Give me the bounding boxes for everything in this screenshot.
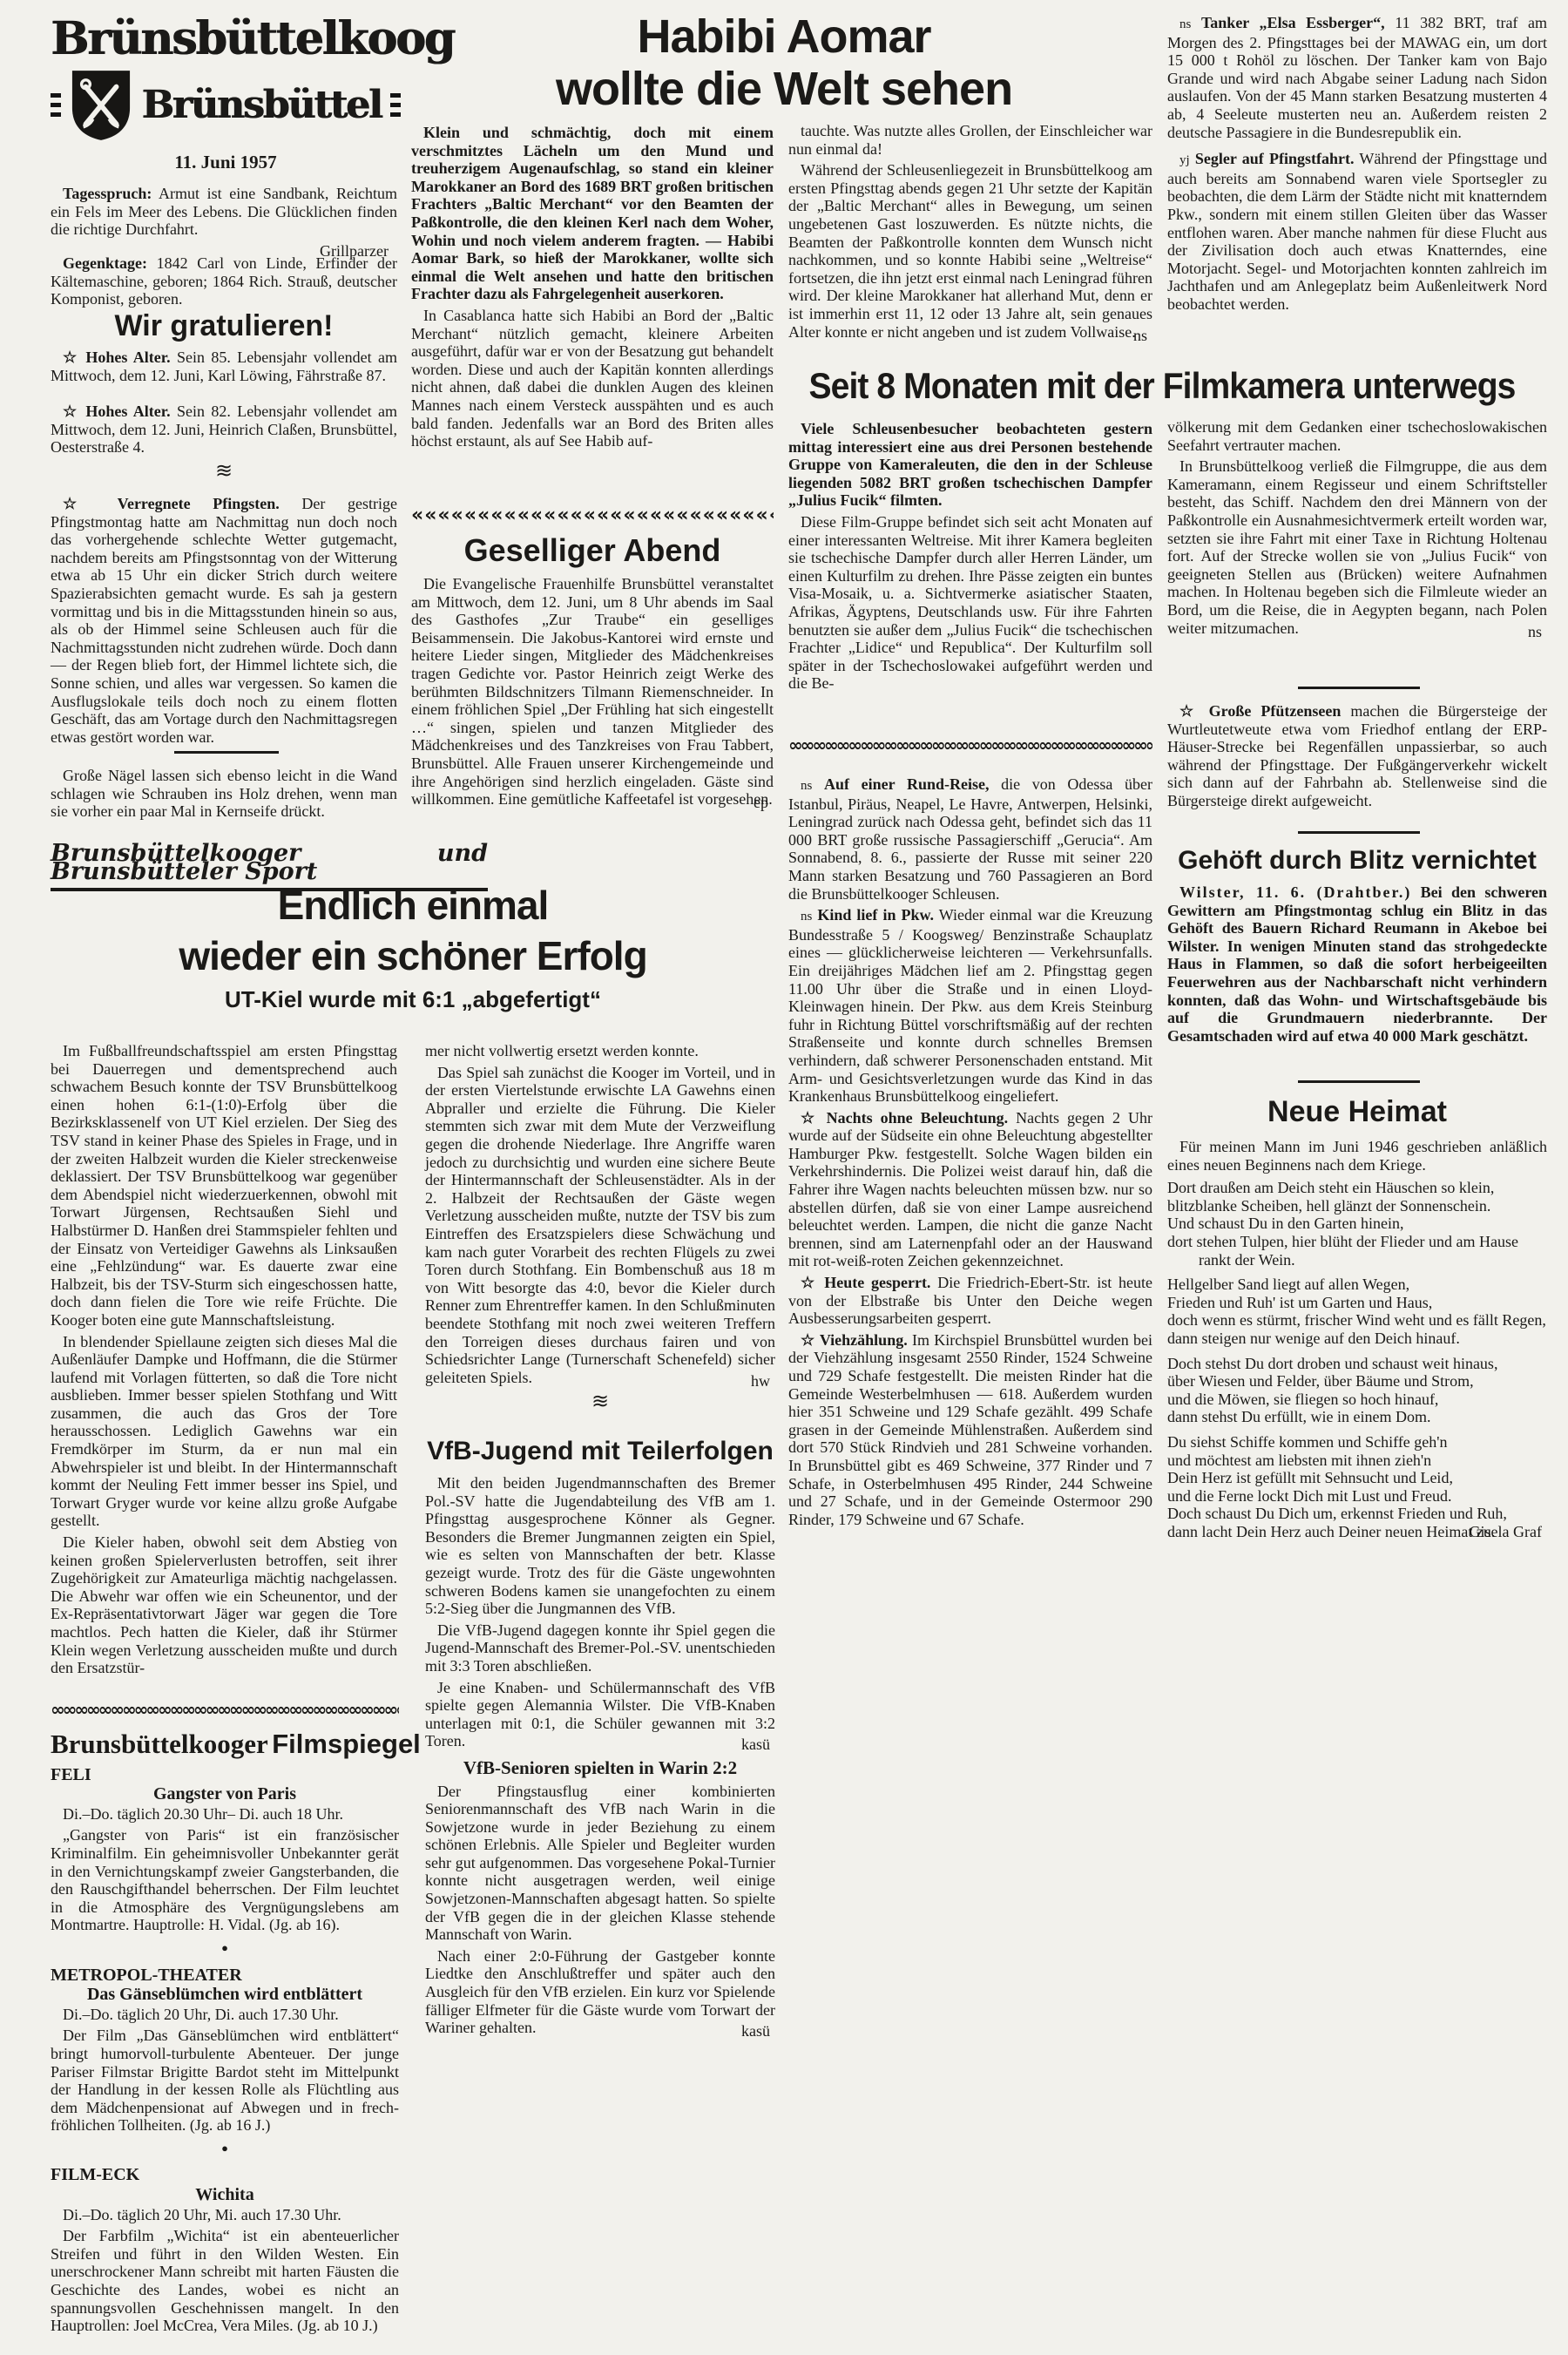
heimat-heading: Neue Heimat [1167, 1094, 1547, 1129]
hohes-alter-2: ☆ Hohes Alter. Sein 82. Lebensjahr volle… [51, 403, 397, 460]
gehoeft-body: Wilster, 11. 6. (Drahtber.) Bei den schw… [1167, 883, 1547, 1045]
filmspiegel: Brunsbüttelkooger Filmspiegel FELI Gangs… [51, 1736, 399, 2338]
tanker-item: ns Tanker „Elsa Essberger“, 11 382 BRT, … [1167, 14, 1547, 141]
divider-rule [1298, 831, 1420, 834]
vfb-subhead: VfB-Senioren spielten in Warin 2:2 [425, 1759, 775, 1777]
poem-line: und die Ferne lockt Dich mit Lust und Fr… [1167, 1487, 1547, 1506]
sport-para3: Die Kieler haben, obwohl seit dem Abstie… [51, 1533, 397, 1677]
kind-sigel: ns [801, 910, 812, 924]
filmspiegel-heading: Brunsbüttelkooger Filmspiegel [51, 1736, 399, 1757]
gehoeft-text: Bei den schweren Gewittern am Pfingstmon… [1167, 883, 1547, 1045]
rundreise-sigel: ns [801, 779, 812, 793]
triple-wave-ornament-icon [425, 1392, 775, 1411]
filmspiegel-heading-serif: Brunsbüttelkooger [51, 1729, 268, 1759]
pfuetzen-label: ☆ Große Pfützenseen [1179, 702, 1341, 720]
vfb-article: VfB-Jugend mit Teilerfolgen Mit den beid… [425, 1436, 775, 2040]
filmkamera-col3: Viele Schleusenbesucher beobachteten ges… [788, 420, 1152, 696]
sport-col2-para1: mer nicht vollwertig ersetzt werden konn… [425, 1042, 775, 1060]
nachts-label: ☆ Nachts ohne Beleuchtung. [801, 1109, 1008, 1127]
film-review: „Gangster von Paris“ ist ein französisch… [51, 1826, 399, 1934]
col4-top-news: ns Tanker „Elsa Essberger“, 11 382 BRT, … [1167, 14, 1547, 317]
film-review: Der Farbfilm „Wichita“ ist ein abenteuer… [51, 2227, 399, 2335]
masthead-title-line2: Brünsbüttel [141, 84, 381, 127]
sport-headline-line1: Endlich einmal [51, 883, 775, 927]
habibi-para4: Während der Schleusenliegezeit in Brunsb… [788, 161, 1152, 341]
leaf-chain-ornament-icon [411, 507, 774, 525]
habibi-col3: tauchte. Was nutzte alles Grollen, der E… [788, 122, 1152, 344]
poem-line: dann stehst Du erfüllt, wie in einem Dom… [1167, 1408, 1547, 1426]
filmkamera-para4: In Brunsbüttelkoog verließ die Filmgrupp… [1167, 457, 1547, 637]
gehoeft-heading: Gehöft durch Blitz vernichtet [1167, 845, 1547, 876]
issue-date: 11. Juni 1957 [51, 153, 401, 172]
poem-line: Hellgelber Sand liegt auf allen Wegen, [1167, 1276, 1547, 1294]
filmkamera-intro: Viele Schleusenbesucher beobachteten ges… [788, 420, 1152, 510]
vfb-para2: Die VfB-Jugend dagegen konnte ihr Spiel … [425, 1621, 775, 1675]
tanker-label: Tanker „Elsa Essberger“, [1201, 14, 1385, 31]
nachts-text: Nachts gegen 2 Uhr wurde auf der Südseit… [788, 1109, 1152, 1270]
poem-line: dann steigen nur wenige auf den Deich hi… [1167, 1330, 1547, 1348]
vfb-para1: Mit den beiden Jugendmannschaften des Br… [425, 1474, 775, 1618]
poem-line: Frieden und Ruh' ist um Garten und Haus, [1167, 1294, 1547, 1312]
filmkamera-col4: völkerung mit dem Gedanken einer tschech… [1167, 418, 1547, 640]
vieh-text: Im Kirchspiel Brunsbüttel wurden bei der… [788, 1331, 1152, 1528]
masthead-title-line1: Brünsbüttelkoog [51, 14, 401, 64]
poem-line: und die Möwen, sie fliegen so hoch hinau… [1167, 1391, 1547, 1409]
heimat-intro: Für meinen Mann im Juni 1946 geschrieben… [1167, 1138, 1547, 1174]
heute-label: ☆ Heute gesperrt. [801, 1274, 930, 1291]
filmspiegel-heading-sans: Filmspiegel [272, 1729, 421, 1759]
film-title: Das Gänseblümchen wird entblättert [51, 1986, 399, 2004]
rope-chain-ornament-icon [51, 1701, 399, 1719]
poem-line: Dort draußen am Deich steht ein Häuschen… [1167, 1179, 1547, 1197]
film-title: Gangster von Paris [51, 1785, 399, 1803]
verregnete-label: ☆ Verregnete Pfingsten. [63, 495, 280, 512]
habibi-col2: Klein und schmächtig, doch mit einem ver… [411, 124, 774, 454]
divider-rule [174, 751, 279, 754]
sport-article-col2: mer nicht vollwertig ersetzt werden konn… [425, 1042, 775, 1390]
geselliger-abend: Geselliger Abend Die Evangelische Frauen… [411, 535, 774, 812]
gehoeft-article: Gehöft durch Blitz vernichtet Wilster, 1… [1167, 845, 1547, 1048]
habibi-para3: tauchte. Was nutzte alles Grollen, der E… [788, 122, 1152, 158]
gehoeft-dateline: Wilster, 11. 6. (Drahtber.) [1179, 883, 1411, 901]
filmkamera-para2: Diese Film-Gruppe befindet sich seit ach… [788, 513, 1152, 693]
newspaper-page: { "masthead": { "title1": "Brünsbüttelko… [0, 0, 1568, 2355]
neue-heimat: Neue Heimat Für meinen Mann im Juni 1946… [1167, 1094, 1547, 1540]
habibi-intro: Klein und schmächtig, doch mit einem ver… [411, 124, 774, 303]
tagesspruch: Tagesspruch: Armut ist eine Sandbank, Re… [51, 185, 397, 260]
sport-headline-line2: wieder ein schöner Erfolg [51, 934, 775, 978]
poem-line: und möchtest am liebsten mit ihnen zieh'… [1167, 1452, 1547, 1470]
naegel-text: Große Nägel lassen sich ebenso leicht in… [51, 767, 397, 821]
sport-col2-para2: Das Spiel sah zunächst die Kooger im Vor… [425, 1064, 775, 1387]
filmkamera-para3: völkerung mit dem Gedanken einer tschech… [1167, 418, 1547, 454]
geselliger-heading: Geselliger Abend [411, 535, 774, 566]
speedlines-left-icon [51, 93, 61, 118]
rundreise-item: ns Auf einer Rund-Reise, die von Odessa … [788, 775, 1152, 903]
gedenktage: Gegenktage: 1842 Carl von Linde, Erfinde… [51, 254, 397, 312]
sport-subtitle: UT-Kiel wurde mit 6:1 „abgefertigt“ [51, 986, 775, 1012]
kind-text: Wieder einmal war die Kreuzung Bundesstr… [788, 906, 1152, 1105]
segler-label: Segler auf Pfingstfahrt. [1195, 150, 1355, 167]
poem-line: Doch stehst Du dort droben und schaust w… [1167, 1355, 1547, 1373]
masthead: Brünsbüttelkoog Brünsbüttel 11. Juni 195… [51, 14, 401, 172]
film-title: Wichita [51, 2186, 399, 2204]
poem-line: über Wiesen und Felder, über Bäume und S… [1167, 1372, 1547, 1391]
anchor-shield-icon [70, 68, 132, 143]
sport-para2: In blendender Spiellaune zeigten sich di… [51, 1333, 397, 1531]
verregnete-text: Der gestrige Pfingstmontag hatte am Nach… [51, 495, 397, 746]
filmkamera-headline: Seit 8 Monaten mit der Filmkamera unterw… [802, 364, 1522, 408]
vieh-label: ☆ Viehzählung. [801, 1331, 908, 1349]
triple-wave-ornament-icon [51, 462, 397, 480]
habibi-headline-line1: Habibi Aomar [409, 10, 1159, 63]
gedenktage-label: Gegenktage: [63, 254, 147, 272]
rundreise-label: Auf einer Rund-Reise, [824, 775, 989, 793]
sport-headline: Endlich einmal wieder ein schöner Erfolg… [51, 883, 775, 1012]
vfb-para4: Der Pfingstausflug einer kombinierten Se… [425, 1783, 775, 1944]
verregnete-pfingsten: ☆ Verregnete Pfingsten. Der gestrige Pfi… [51, 495, 397, 749]
hohes-alter-1: ☆ Hohes Alter. Sein 85. Lebensjahr volle… [51, 349, 397, 388]
divider-rule [1298, 687, 1420, 689]
speedlines-right-icon [390, 93, 401, 118]
poem-line: Du siehst Schiffe kommen und Schiffe geh… [1167, 1433, 1547, 1452]
separator-dot-icon: ● [51, 2140, 399, 2158]
segler-text: Während der Pfingsttage und auch bereits… [1167, 150, 1547, 313]
poem-line: dort stehen Tulpen, hier blüht der Flied… [1167, 1233, 1547, 1269]
hohes-alter-1-label: ☆ Hohes Alter. [63, 349, 171, 366]
habibi-headline-line2: wollte die Welt sehen [409, 63, 1159, 115]
vfb-signature-1: kasü [425, 1736, 775, 1754]
geselliger-text: Die Evangelische Frauenhilfe Brunsbüttel… [411, 575, 774, 809]
film-review: Der Film „Das Gänseblümchen wird entblät… [51, 2027, 399, 2135]
rundreise-text: die von Odessa über Istanbul, Piräus, Ne… [788, 775, 1152, 903]
gratulieren-heading: Wir gratulieren! [51, 308, 397, 343]
masthead-row: Brünsbüttel [51, 68, 401, 143]
rope-chain-ornament-icon [788, 736, 1152, 755]
naegel-tip: Große Nägel lassen sich ebenso leicht in… [51, 767, 397, 824]
vfb-heading: VfB-Jugend mit Teilerfolgen [425, 1436, 775, 1467]
cinema-name: FELI [51, 1766, 399, 1784]
pfuetzenseen: ☆ Große Pfützenseen machen die Bürgerste… [1167, 702, 1547, 814]
kind-label: Kind lief in Pkw. [817, 906, 934, 924]
divider-rule [1298, 1080, 1420, 1083]
sport-article-col1: Im Fußballfreundschaftsspiel am ersten P… [51, 1042, 397, 1681]
film-times: Di.–Do. täglich 20.30 Uhr– Di. auch 18 U… [51, 1805, 399, 1824]
poem-line: blitzblanke Scheiben, hell glänzt der So… [1167, 1197, 1547, 1215]
habibi-headline: Habibi Aomar wollte die Welt sehen [409, 10, 1159, 115]
poem-line: doch wenn es stürmt, frischer Wind weht … [1167, 1311, 1547, 1330]
sport-para1: Im Fußballfreundschaftsspiel am ersten P… [51, 1042, 397, 1330]
film-times: Di.–Do. täglich 20 Uhr, Di. auch 17.30 U… [51, 2006, 399, 2024]
segler-sigel: yj [1179, 153, 1190, 167]
film-times: Di.–Do. täglich 20 Uhr, Mi. auch 17.30 U… [51, 2206, 399, 2224]
col3-news: ns Auf einer Rund-Reise, die von Odessa … [788, 775, 1152, 1532]
poem-line: Doch schaust Du Dich um, erkennst Friede… [1167, 1505, 1547, 1523]
segler-item: yj Segler auf Pfingstfahrt. Während der … [1167, 150, 1547, 313]
heute-item: ☆ Heute gesperrt. Die Friedrich-Ebert-St… [788, 1274, 1152, 1328]
vieh-item: ☆ Viehzählung. Im Kirchspiel Brunsbüttel… [788, 1331, 1152, 1529]
cinema-name: FILM-ECK [51, 2166, 399, 2184]
kind-item: ns Kind lief in Pkw. Wieder einmal war d… [788, 906, 1152, 1106]
separator-dot-icon: ● [51, 1939, 399, 1958]
tanker-text: 11 382 BRT, traf am Morgen des 2. Pfings… [1167, 14, 1547, 141]
poem-line: Dein Herz ist gefüllt mit Sehnsucht und … [1167, 1469, 1547, 1487]
poem-line: Und schaust Du in den Garten hinein, [1167, 1215, 1547, 1233]
heimat-poem: Dort draußen am Deich steht ein Häuschen… [1167, 1179, 1547, 1540]
tagesspruch-label: Tagesspruch: [63, 185, 152, 202]
cinema-name: METROPOL-THEATER [51, 1966, 399, 1985]
tanker-sigel: ns [1179, 17, 1191, 31]
nachts-item: ☆ Nachts ohne Beleuchtung. Nachts gegen … [788, 1109, 1152, 1270]
hohes-alter-2-label: ☆ Hohes Alter. [63, 403, 171, 420]
habibi-para2: In Casablanca hatte sich Habibi an Bord … [411, 307, 774, 450]
